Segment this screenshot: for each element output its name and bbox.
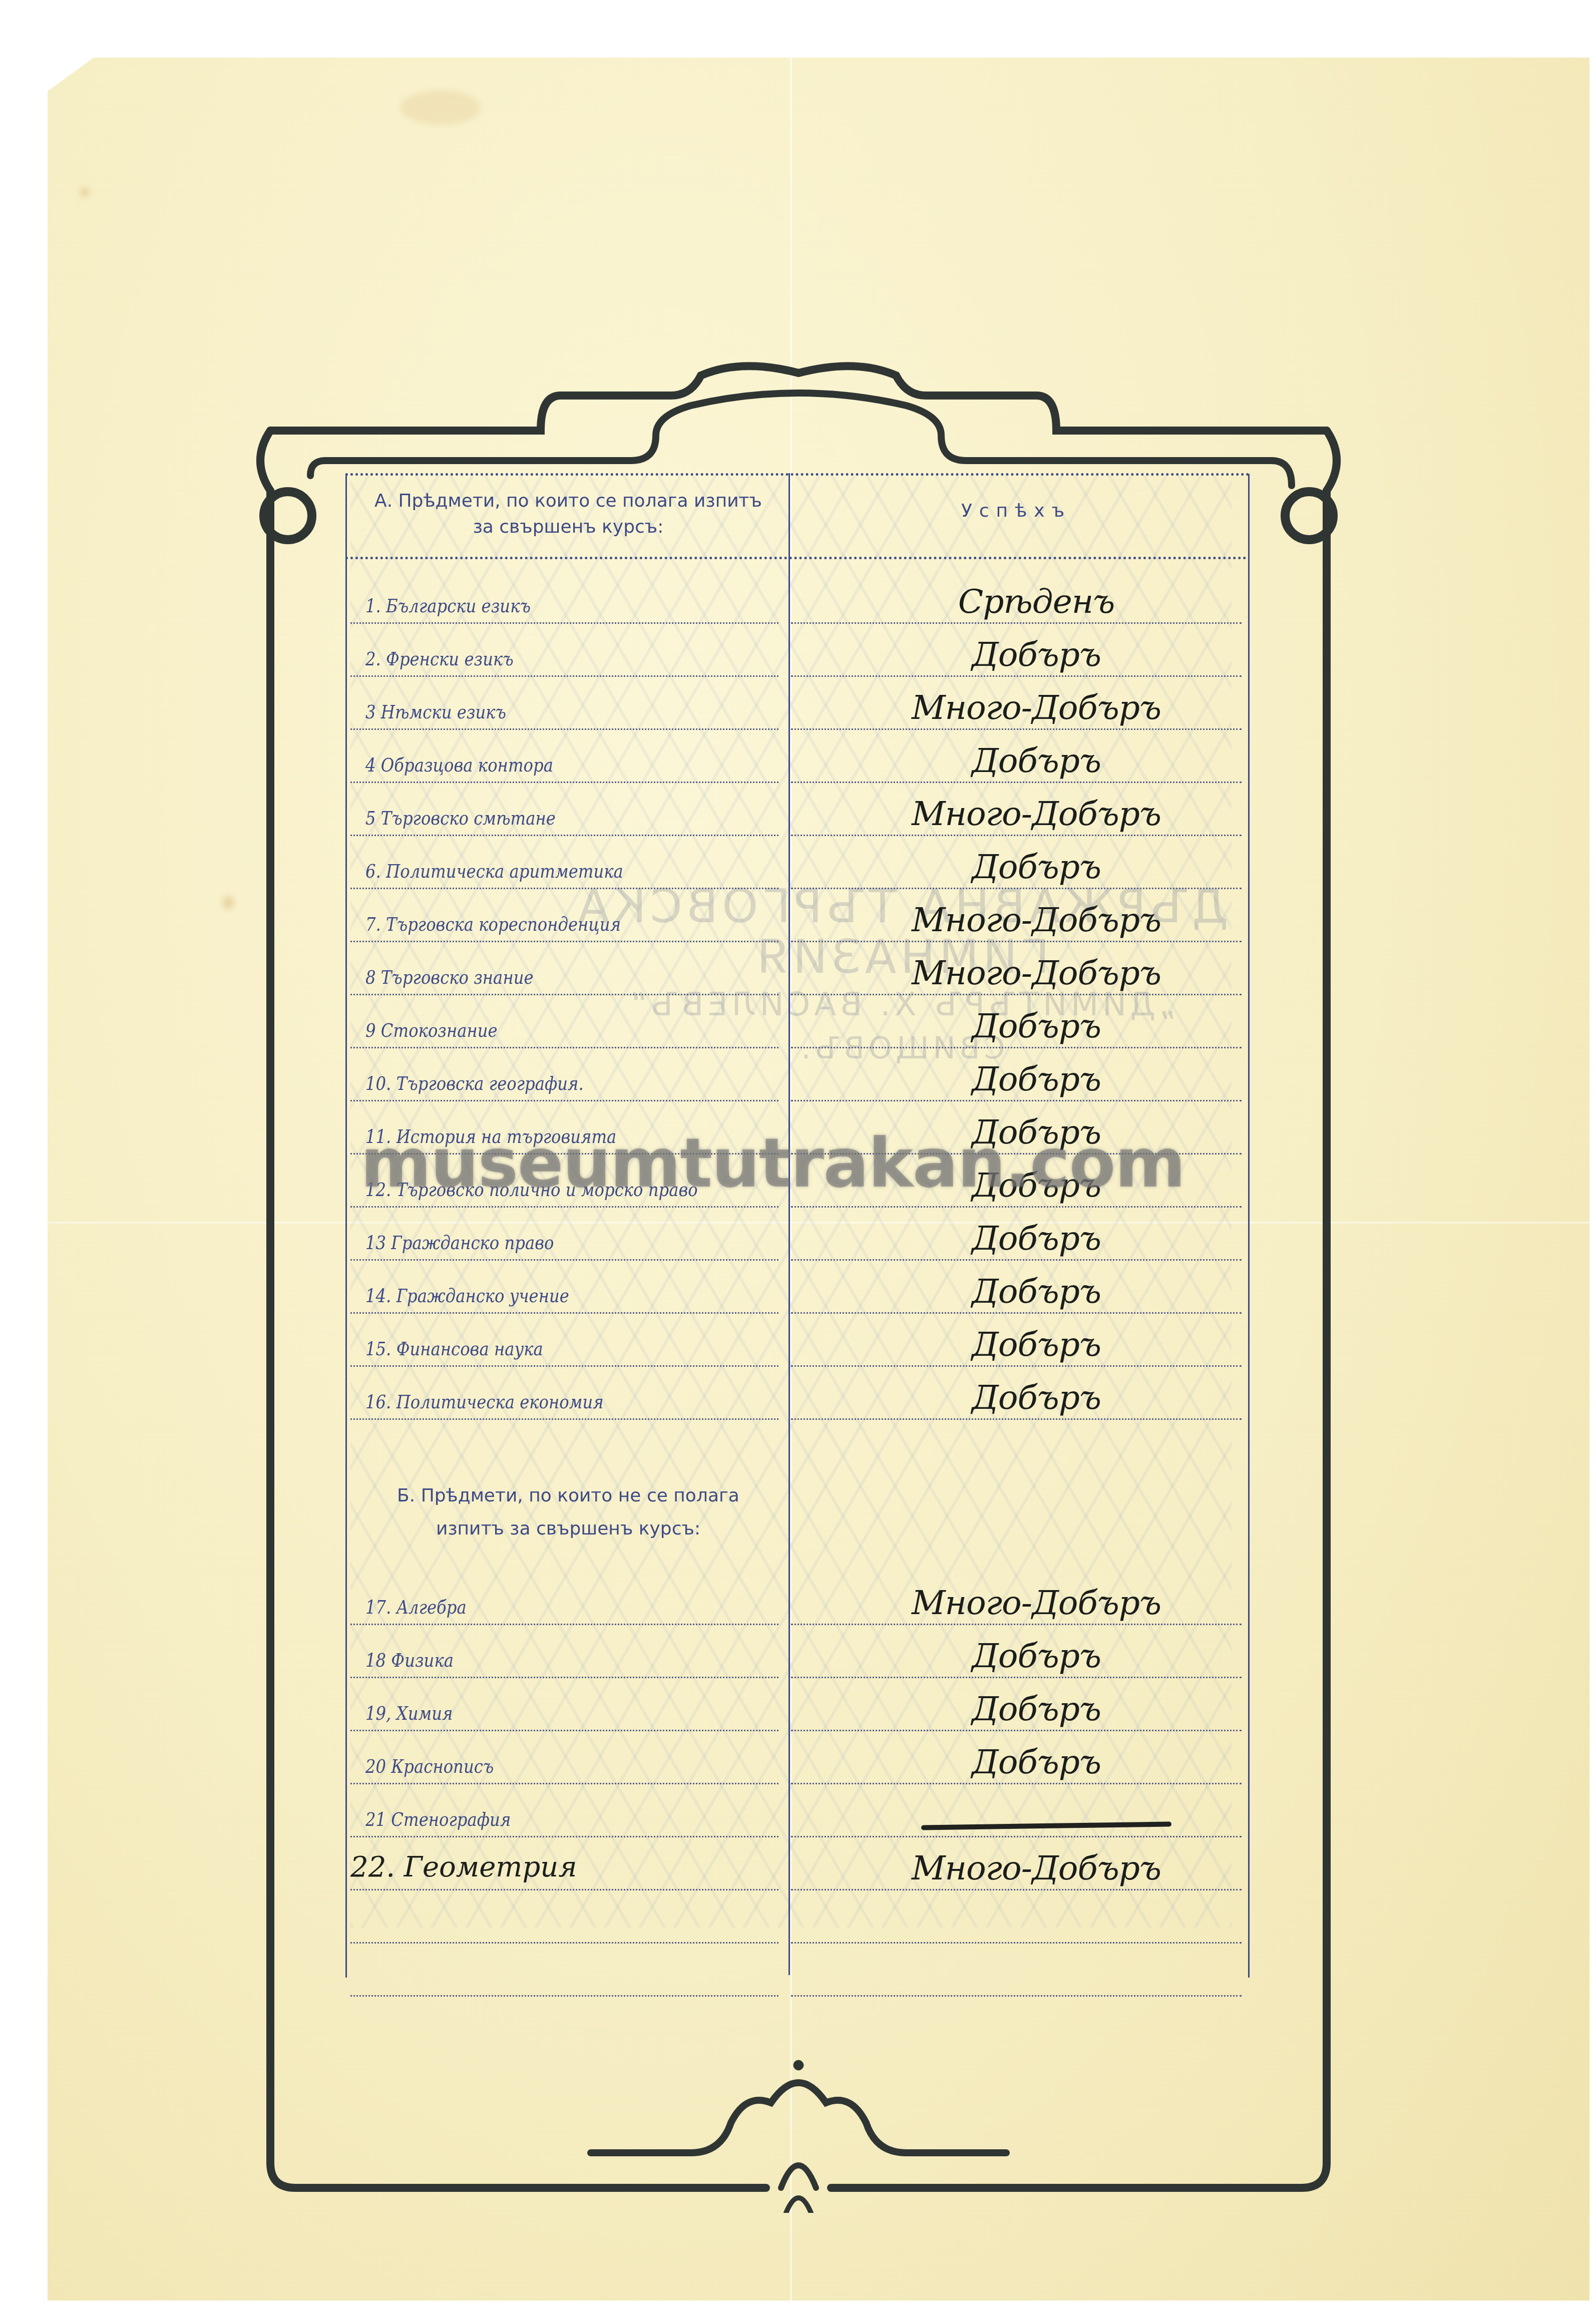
table-row: 22. ГеометрияМного-Добъръ (345, 1837, 1247, 1890)
header-line-2: за свършенъ курсъ: (350, 514, 786, 540)
table-row: 4 Образцова контораДобъръ (345, 730, 1247, 783)
table-row-empty (345, 1944, 1247, 1997)
stain (223, 896, 234, 909)
table-row: 16. Политическа економияДобъръ (345, 1367, 1247, 1420)
table-row: 7. Търговска кореспонденцияМного-Добъръ (345, 889, 1247, 942)
grade-value: Добъръ (856, 848, 1217, 886)
table-row: 5 Търговско смѣтанеМного-Добъръ (345, 783, 1247, 836)
table-row: 13 Гражданско правоДобъръ (345, 1208, 1247, 1261)
subject-label: 19, Химия (365, 1702, 453, 1724)
subject-label: 21 Стенография (365, 1808, 511, 1830)
subject-label: 18 Физика (365, 1649, 454, 1671)
grade-value: Много-Добъръ (856, 688, 1217, 727)
section-b-header: Б. Прѣдмети, по които не се полага изпит… (350, 1479, 786, 1546)
stain (401, 90, 481, 125)
table-row: 10. Търговска география.Добъръ (345, 1048, 1247, 1101)
section-b-line-2: изпитъ за свършенъ курсъ: (350, 1512, 786, 1546)
table-row: 8 Търговско знаниеМного-Добъръ (345, 942, 1247, 995)
subject-label: 14. Гражданско учение (365, 1285, 569, 1307)
table-row: 9 СтокознаниеДобъръ (345, 995, 1247, 1048)
site-watermark: museumtutrakan.com (360, 1124, 1184, 1203)
subject-label: 2. Френски езикъ (365, 648, 514, 670)
header-rule (345, 557, 1247, 559)
grade-value: Много-Добъръ (856, 795, 1217, 833)
subject-label: 17. Алгебра (365, 1596, 467, 1618)
table-row: 6. Политическа аритметикаДобъръ (345, 836, 1247, 889)
grade-value: Добъръ (856, 1637, 1217, 1675)
subject-label: 3 Нѣмски езикъ (365, 701, 506, 723)
subject-label: 20 Краснописъ (365, 1755, 494, 1777)
table-row: 1. Български езикъСрѣденъ (345, 571, 1247, 624)
grade-value: Много-Добъръ (856, 1849, 1217, 1887)
subject-label: 10. Търговска география. (365, 1072, 584, 1094)
subject-label: 7. Търговска кореспонденция (365, 913, 621, 935)
grade-value: Срѣденъ (856, 582, 1217, 621)
subject-label: 1. Български езикъ (365, 595, 531, 617)
subject-label: 15. Финансова наука (365, 1338, 543, 1360)
section-b-line-1: Б. Прѣдмети, по които не се полага (350, 1479, 786, 1512)
header-line-1: А. Прѣдмети, по които се полага изпитъ (350, 488, 786, 514)
subject-label: 8 Търговско знание (365, 966, 534, 988)
subject-label: 4 Образцова контора (365, 754, 553, 776)
table-row: 15. Финансова наукаДобъръ (345, 1314, 1247, 1367)
table-row: 21 Стенография (345, 1784, 1247, 1837)
table-row: 17. АлгебраМного-Добъръ (345, 1572, 1247, 1625)
grade-value: Добъръ (856, 1007, 1217, 1045)
grade-value: Добъръ (856, 1272, 1217, 1311)
grade-value: Добъръ (856, 1060, 1217, 1098)
table-row: 14. Гражданско учениеДобъръ (345, 1261, 1247, 1314)
grade-value: Добъръ (856, 1325, 1217, 1364)
subject-label: 16. Политическа економия (365, 1391, 604, 1413)
grade-column-header: Успѣхъ (791, 501, 1242, 521)
grade-value: Добъръ (856, 1690, 1217, 1728)
handwritten-subject-label: 22. Геометрия (350, 1851, 577, 1883)
grade-value: Добъръ (856, 635, 1217, 674)
stain (80, 188, 89, 197)
table-row: 20 КраснописъДобъръ (345, 1731, 1247, 1784)
grade-value: Добъръ (856, 741, 1217, 780)
table-row: 2. Френски езикъДобъръ (345, 624, 1247, 677)
subject-label: 13 Гражданско право (365, 1232, 554, 1254)
table-row: 19, ХимияДобъръ (345, 1678, 1247, 1731)
grade-value: Много-Добъръ (856, 901, 1217, 939)
subject-label: 9 Стокознание (365, 1019, 498, 1041)
table-row: 18 ФизикаДобъръ (345, 1625, 1247, 1678)
grade-value: Добъръ (856, 1378, 1217, 1417)
grade-value: Добъръ (856, 1743, 1217, 1781)
grade-value: Добъръ (856, 1219, 1217, 1258)
grade-value: Много-Добъръ (856, 1584, 1217, 1622)
subjects-column-header: А. Прѣдмети, по които се полага изпитъ з… (350, 488, 786, 540)
grade-value: Много-Добъръ (856, 954, 1217, 992)
subject-label: 5 Търговско смѣтане (365, 807, 556, 829)
subject-label: 6. Политическа аритметика (365, 860, 623, 882)
blank-dash-mark (921, 1822, 1171, 1830)
table-row-empty (345, 1890, 1247, 1944)
table-row: 3 Нѣмски езикъМного-Добъръ (345, 677, 1247, 730)
